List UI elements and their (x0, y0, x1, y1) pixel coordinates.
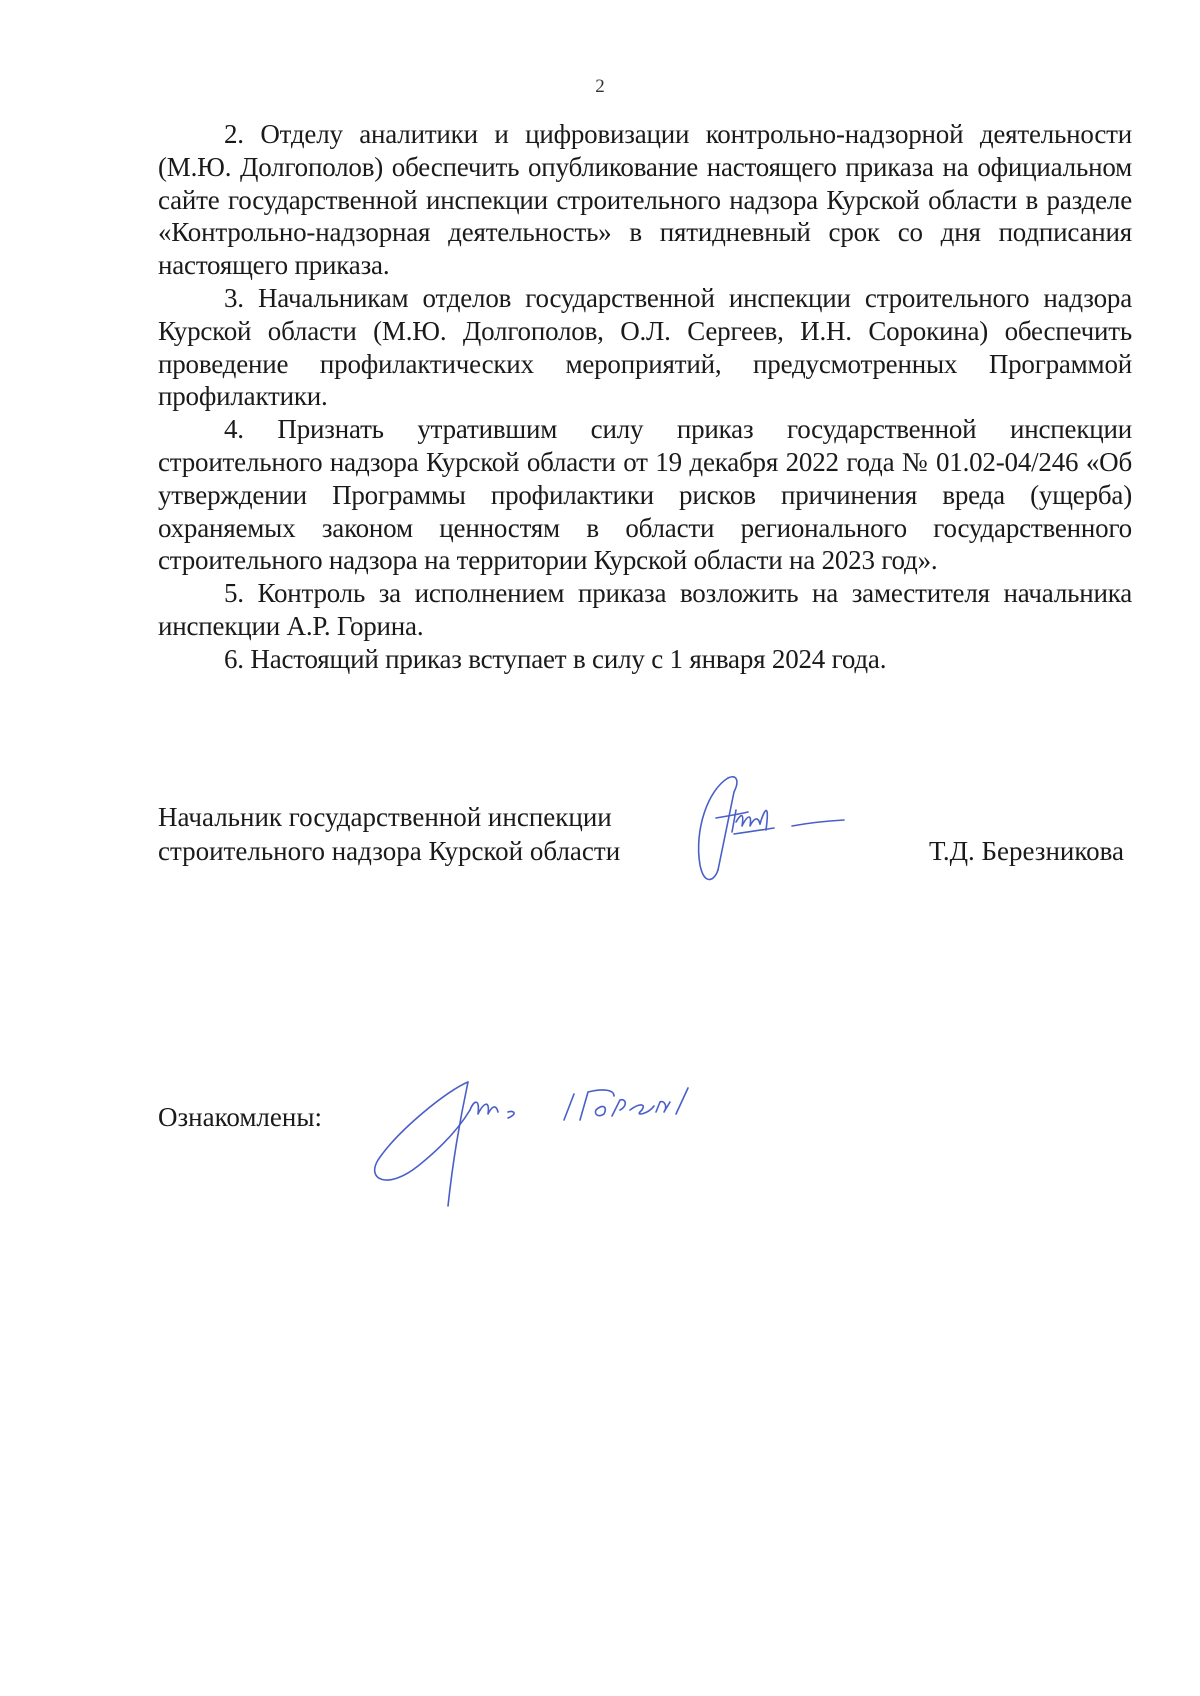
signatory-name: Т.Д. Березникова (929, 834, 1124, 868)
paragraph-2-publication: 2. Отделу аналитики и цифровизации контр… (158, 118, 1132, 282)
signature-block: Начальник государственной инспекции стро… (158, 800, 1132, 910)
handwritten-signature-icon (688, 770, 888, 900)
page-number: 2 (0, 76, 1200, 98)
signatory-position-line2: строительного надзора Курской области (158, 834, 620, 868)
acknowledgement-block: Ознакомлены: (158, 1090, 858, 1230)
paragraph-6-effective-date: 6. Настоящий приказ вступает в силу с 1 … (158, 643, 1132, 676)
signatory-position: Начальник государственной инспекции стро… (158, 800, 620, 868)
paragraph-4-repeal: 4. Признать утратившим силу приказ госуд… (158, 413, 1132, 577)
paragraph-5-control: 5. Контроль за исполнением приказа возло… (158, 577, 1132, 643)
order-body: 2. Отделу аналитики и цифровизации контр… (158, 118, 1132, 676)
signatory-position-line1: Начальник государственной инспекции (158, 800, 620, 834)
acknowledged-label: Ознакомлены: (158, 1100, 322, 1134)
acknowledgement-signature-icon (358, 1070, 778, 1210)
paragraph-3-prevention: 3. Начальникам отделов государственной и… (158, 282, 1132, 413)
